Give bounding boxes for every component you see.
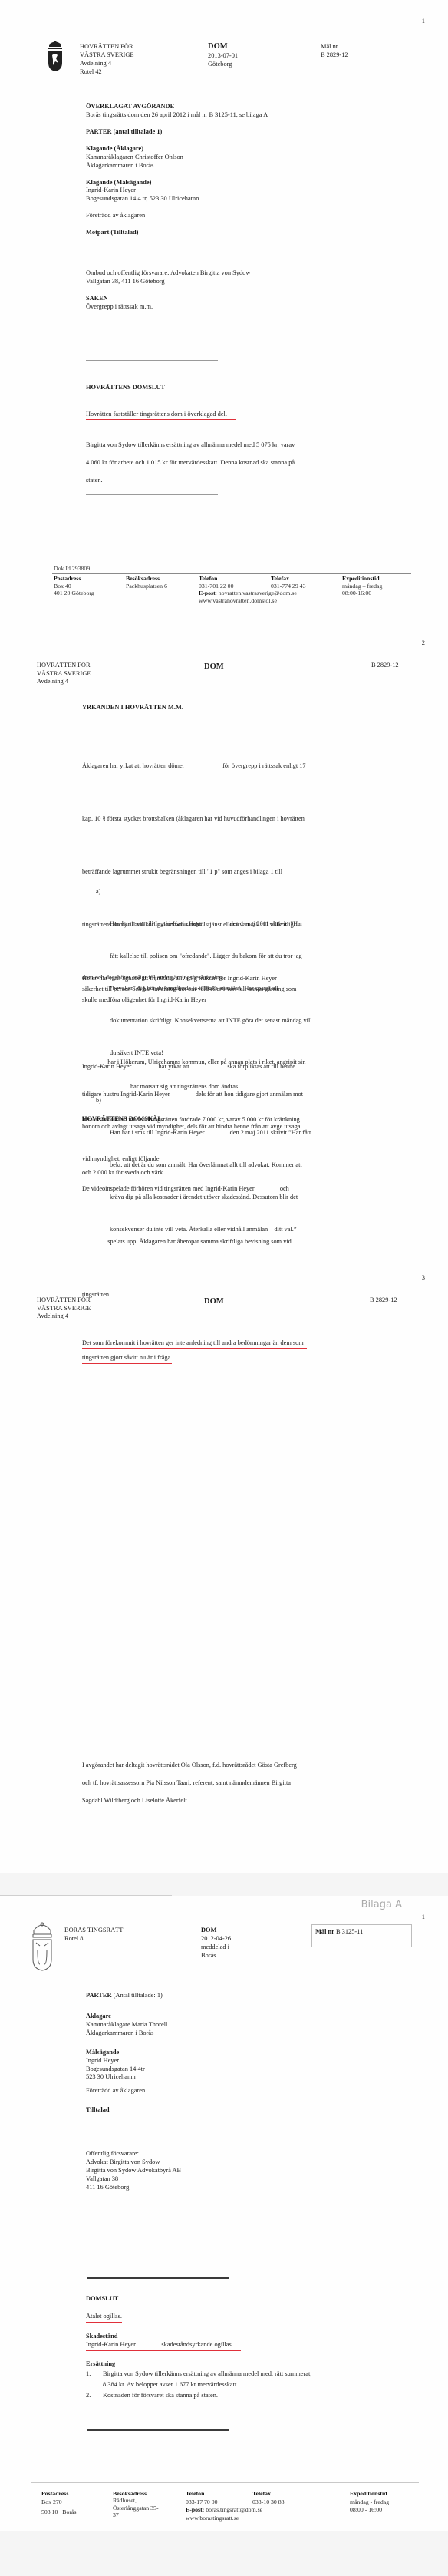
appellant-prosecutor-title: Klagande (Åklagare) <box>86 145 385 154</box>
item-number: 2. <box>86 2390 91 2401</box>
footer-website[interactable]: www.borastingsratt.se <box>186 2515 262 2523</box>
damages-line: Ingrid-Karin Heyer har yrkat att ska för… <box>82 1058 393 1075</box>
defendant-title: Tilltalad <box>86 2106 385 2115</box>
ruling-text: Hovrätten fastställer tingsrättens dom i… <box>86 411 236 421</box>
doc-place: Göteborg <box>208 61 238 69</box>
counsel-city: 411 16 Göteborg <box>86 2184 385 2192</box>
threat-line: säkerhet till person och har innefattat … <box>82 984 393 995</box>
counsel-name: Ombud och offentlig försvarare: Advokate… <box>86 269 385 278</box>
footer-phone-title: Telefon <box>186 2490 262 2498</box>
footer-phone: 033-17 70 00 <box>186 2498 262 2507</box>
footer-postal-title: Postadress <box>41 2490 76 2498</box>
count-line: Han har i sms till Ingrid-Karin Heyer de… <box>110 919 395 930</box>
page-gap <box>0 1873 448 1896</box>
ruling-text: Åtalet ogillas. <box>86 2313 122 2323</box>
appealed-title: ÖVERKLAGAT AVGÖRANDE <box>86 103 385 111</box>
doc-type: DOM <box>204 1296 224 1306</box>
doc-date: 2012-04-26 <box>201 1935 231 1944</box>
claims-line: Åklagaren har yrkat att hovrätten dömer … <box>82 757 393 774</box>
doc-meta: DOM 2012-04-26 meddelad i Borås <box>201 1927 231 1960</box>
parties-title: PARTER <box>86 1992 112 1999</box>
court-division: Avdelning 4 <box>37 1313 91 1321</box>
footer-visit-line: Rådhuset, <box>113 2497 159 2504</box>
compensation-item: 1. Birgitta von Sydow tillerkänns ersätt… <box>86 2369 385 2390</box>
parties-block: ÖVERKLAGAT AVGÖRANDE Borås tingsrätts do… <box>86 103 385 312</box>
counsel-firm: Birgitta von Sydow Advokatbyrå AB <box>86 2167 385 2175</box>
footer-divider <box>52 573 411 574</box>
footer-postal-line: Box 40 <box>54 583 94 590</box>
item-number: 1. <box>86 2369 91 2379</box>
case-number-block: Mål nr B 2829-12 <box>321 43 348 60</box>
court-header: BORÅS TINGSRÄTT Rotel 8 <box>64 1927 123 1944</box>
divider <box>87 2429 229 2431</box>
page-bottom-gap <box>0 2531 448 2576</box>
count-line: fått kallelse till polisen om "ofredande… <box>110 951 395 962</box>
court-division: Avdelning 4 <box>37 678 91 686</box>
prosecutor-name: Kammaråklagaren Christoffer Ohlson <box>86 154 385 162</box>
ruling-block: DOMSLUT Åtalet ogillas. Skadestånd Ingri… <box>86 2295 385 2401</box>
court-division: Avdelning 4 <box>80 60 134 68</box>
matter-text: Övergrepp i rättssak m.m. <box>86 303 385 312</box>
counsel-street: Vallgatan 38 <box>86 2175 385 2184</box>
compensation-list: 1. Birgitta von Sydow tillerkänns ersätt… <box>86 2369 385 2401</box>
footer-fax-title: Telefax <box>271 575 305 583</box>
matter-title: SAKEN <box>86 295 385 303</box>
defendant-title: Motpart (Tilltalad) <box>86 229 385 237</box>
divider <box>86 360 218 361</box>
case-label: Mål nr <box>315 1928 334 1935</box>
court-name-line: HOVRÄTTEN FÖR <box>37 662 91 670</box>
doc-id: Dok.Id 293809 <box>54 565 90 573</box>
divider <box>86 494 218 495</box>
footer-website[interactable]: www.vastrahovratten.domstol.se <box>199 597 297 605</box>
parties-block: PARTER (Antal tilltalade: 1) Åklagare Ka… <box>86 1992 385 2192</box>
footer-fax: 031-774 29 43 <box>271 583 305 590</box>
participants-line: Sagdahl Wildtberg och Liselotte Åkerfelt… <box>82 1792 393 1809</box>
parties-title: PARTER (antal tilltalade 1) <box>86 128 385 137</box>
reasons-line: tingsrätten. <box>82 1286 393 1303</box>
footer-hours-line: 08:00-16:00 <box>342 590 382 597</box>
victim-name: Ingrid-Karin Heyer <box>86 187 385 195</box>
footer-fax-title: Telefax <box>252 2490 285 2498</box>
counsel-label: Offentlig försvarare: <box>86 2150 385 2158</box>
prosecutor-office: Åklagarkammaren i Borås <box>86 2029 385 2038</box>
parties-count: (Antal tilltalade: 1) <box>114 1992 163 1999</box>
court-header: HOVRÄTTEN FÖR VÄSTRA SVERIGE Avdelning 4 <box>37 662 91 686</box>
counsel-name: Advokat Birgitta von Sydow <box>86 2158 385 2167</box>
court-name-line: VÄSTRA SVERIGE <box>37 670 91 679</box>
conclusion-block: Det som förekommit i hovrätten ger inte … <box>82 1339 393 1364</box>
participants-line: och tf. hovrättsassessorn Pia Nilsson Ta… <box>82 1774 393 1792</box>
footer-hours-title: Expeditionstid <box>350 2490 389 2498</box>
compensation-item: 2. Kostnaden för försvaret ska stanna på… <box>86 2390 385 2401</box>
page-number: 3 <box>422 1273 425 1282</box>
case-number: B 2829-12 <box>371 662 399 670</box>
ruling-block: HOVRÄTTENS DOMSLUT Hovrätten fastställer… <box>86 384 385 489</box>
footer-postal-line: Box 270 <box>41 2498 76 2507</box>
court-header: HOVRÄTTEN FÖR VÄSTRA SVERIGE Avdelning 4… <box>80 43 134 77</box>
reasons-line: spelats upp. Åklagaren har åberopat samm… <box>82 1233 393 1250</box>
compensation-text: Birgitta von Sydow tillerkänns ersättnin… <box>86 436 385 489</box>
case-number: B 2829-12 <box>321 51 348 60</box>
court-header: HOVRÄTTEN FÖR VÄSTRA SVERIGE Avdelning 4 <box>37 1296 91 1321</box>
represented-by: Företrädd av åklagaren <box>86 2087 385 2095</box>
reasons-title: HOVRÄTTENS DOMSKÄL <box>82 1115 393 1124</box>
footer-email-label: E-post: <box>186 2506 204 2513</box>
represented-by: Företrädd av åklagaren <box>86 212 385 220</box>
victim-title: Målsägande <box>86 2049 385 2057</box>
doc-type: DOM <box>201 1927 231 1935</box>
threat-line: Hoten har varit ägnade att framkalla all… <box>82 973 393 984</box>
threat-line: skulle medföra olägenhet för Ingrid-Kari… <box>82 995 393 1006</box>
footer-email[interactable]: : hovratten.vastrasverige@dom.se <box>216 590 297 596</box>
doc-date-line: meddelad i <box>201 1944 231 1952</box>
victim-city: 523 30 Ulricehamn <box>86 2073 385 2082</box>
prosecutor-title: Åklagare <box>86 2013 385 2021</box>
footer-visit-title: Besöksadress <box>126 575 167 583</box>
footer-fax: 033-10 30 88 <box>252 2498 285 2507</box>
ruling-title: HOVRÄTTENS DOMSLUT <box>86 384 385 392</box>
footer-email-label: E-post <box>199 590 216 596</box>
court-rotel: Rotel 8 <box>64 1935 123 1944</box>
footer-hours-title: Expeditionstid <box>342 575 382 583</box>
conclusion-line: Det som förekommit i hovrätten ger inte … <box>82 1339 307 1349</box>
footer-visit-line: Österlånggatan 35- <box>113 2505 159 2512</box>
compensation-title: Ersättning <box>86 2360 385 2369</box>
court-name-line: HOVRÄTTEN FÖR <box>37 1296 91 1305</box>
prosecutor-office: Åklagarkammaren i Borås <box>86 162 385 170</box>
court-name-line: HOVRÄTTEN FÖR <box>80 43 134 51</box>
appellant-victim-title: Klagande (Målsägande) <box>86 179 385 187</box>
claims-title: YRKANDEN I HOVRÄTTEN M.M. <box>82 704 393 712</box>
page-number: 2 <box>422 639 425 647</box>
conclusion-line: tingsrätten gjort såvitt nu är i fråga. <box>82 1354 172 1363</box>
footer-postal-title: Postadress <box>54 575 94 583</box>
victim-address: Bogesundsgatan 14 4 tr, 523 30 Ulriceham… <box>86 195 385 203</box>
page-number: 1 <box>422 17 425 25</box>
case-label: Mål nr <box>321 43 348 51</box>
doc-date: 2013-07-01 <box>208 52 238 61</box>
compensation-line: staten. <box>86 471 385 489</box>
footer-hours-line: 08:00 - 16:00 <box>350 2506 389 2515</box>
page-number: 1 <box>422 1913 425 1921</box>
court-name-line: VÄSTRA SVERIGE <box>80 51 134 60</box>
footer-hours-line: måndag – fredag <box>342 583 382 590</box>
damages-title: Skadestånd <box>86 2333 385 2341</box>
item-line: Kostnaden för försvaret ska stanna på st… <box>103 2390 385 2401</box>
count-label: a) <box>96 887 100 897</box>
page-separator <box>0 1895 172 1896</box>
victim-name: Ingrid Heyer <box>86 2057 385 2066</box>
participants-line: I avgörandet har deltagit hovrättsrådet … <box>82 1756 393 1774</box>
compensation-line: 4 060 kr för arbete och 1 015 kr för mer… <box>86 454 385 471</box>
court-name: BORÅS TINGSRÄTT <box>64 1927 123 1935</box>
claims-line: kap. 10 § första stycket brottsbalken (å… <box>82 810 393 827</box>
doc-place: Borås <box>201 1952 231 1960</box>
doc-type: DOM <box>208 41 238 52</box>
footer-postal-line: 503 10 Borås <box>41 2508 76 2517</box>
court-crest-icon <box>31 1921 54 1972</box>
court-crest-icon <box>46 40 64 72</box>
item-line: 8 384 kr. Av beloppet avser 1 677 kr mer… <box>103 2379 385 2390</box>
footer-postal-line: 401 20 Göteborg <box>54 590 94 597</box>
footer-divider <box>31 2482 419 2483</box>
case-number-box: Mål nr B 3125-11 <box>311 1924 412 1947</box>
court-name-line: VÄSTRA SVERIGE <box>37 1305 91 1313</box>
reasons-line: De videoinspelade förhören vid tingsrätt… <box>82 1180 393 1197</box>
case-number: B 3125-11 <box>336 1928 363 1935</box>
ruling-title: DOMSLUT <box>86 2295 385 2304</box>
appealed-text: Borås tingsrätts dom den 26 april 2012 i… <box>86 111 385 120</box>
counsel-address: Vallgatan 38, 411 16 Göteborg <box>86 278 385 286</box>
divider <box>87 2277 229 2279</box>
compensation-line: Birgitta von Sydow tillerkänns ersättnin… <box>86 436 385 454</box>
footer-visit-line: Packhusplatsen 6 <box>126 583 167 590</box>
item-line: Birgitta von Sydow tillerkänns ersättnin… <box>103 2369 385 2379</box>
footer-visit-title: Besöksadress <box>113 2490 159 2497</box>
victim-street: Bogesundsgatan 14 4tr <box>86 2066 385 2074</box>
footer-email[interactable]: boras.tingsratt@dom.se <box>204 2506 262 2513</box>
reasons-block: HOVRÄTTENS DOMSKÄL De videoinspelade för… <box>82 1115 393 1339</box>
doc-type: DOM <box>204 662 224 672</box>
footer-visit-line: 37 <box>113 2512 159 2518</box>
doc-meta: DOM 2013-07-01 Göteborg <box>208 41 238 68</box>
court-rotel: Rotel 42 <box>80 68 134 77</box>
participants-block: I avgörandet har deltagit hovrättsrådet … <box>82 1756 393 1809</box>
footer-hours-line: måndag - fredag <box>350 2498 389 2507</box>
opposed-text: har motsatt sig att tingsrättens dom änd… <box>130 1083 239 1091</box>
damages-text: Ingrid-Karin Heyer skadeståndsyrkande og… <box>86 2341 241 2351</box>
case-number: B 2829-12 <box>370 1296 397 1305</box>
attachment-label: Bilaga A <box>361 1899 402 1911</box>
prosecutor-name: Kammaråklagare Maria Thorell <box>86 2021 385 2029</box>
